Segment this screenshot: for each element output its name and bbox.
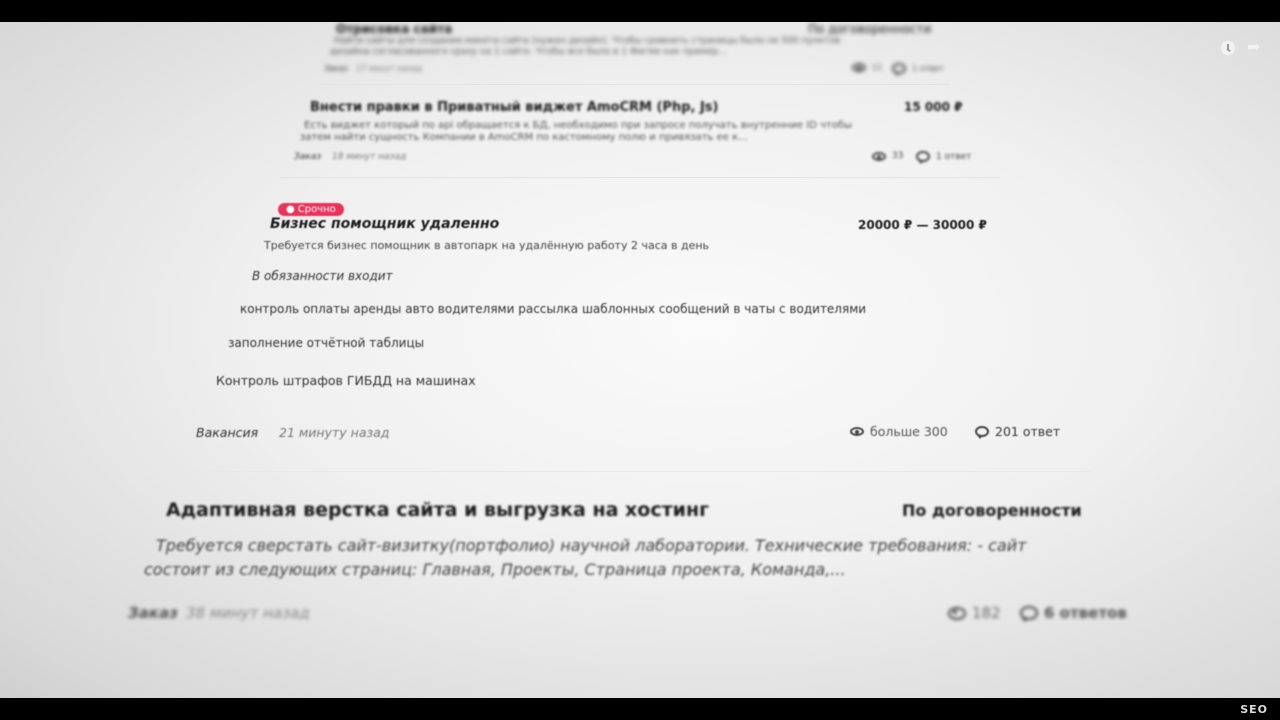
order-views: 11: [852, 63, 882, 72]
order-price: 15 000 ₽: [904, 100, 962, 114]
eye-icon: [850, 427, 864, 436]
divider: [170, 471, 1090, 472]
order-time: 38 минут назад: [186, 604, 310, 622]
divider: [320, 84, 950, 85]
order-views: 33: [872, 151, 903, 161]
fire-icon: ●: [286, 204, 295, 215]
order-price: 20000 ₽ — 30000 ₽: [858, 218, 987, 232]
order-description: состоит из следующих страниц: Главная, П…: [144, 560, 846, 579]
order-time: 18 минут назад: [332, 152, 406, 162]
order-views: 182: [948, 604, 1001, 622]
order-type: Вакансия: [196, 425, 258, 440]
eye-icon: [948, 607, 966, 620]
order-title[interactable]: Адаптивная верстка сайта и выгрузка на х…: [166, 499, 709, 521]
share-button[interactable]: ➦: [1247, 37, 1260, 56]
order-type: Заказ: [294, 152, 321, 162]
comment-icon: [916, 151, 930, 162]
eye-icon: [852, 63, 866, 72]
order-description: затем найти сущность Компании в AmoCRM п…: [300, 132, 748, 143]
order-time: 21 минуту назад: [279, 425, 389, 440]
divider: [280, 177, 1000, 178]
order-description: контроль оплаты аренды авто водителями р…: [240, 302, 866, 316]
order-price: По договоренности: [808, 22, 931, 36]
job-listing-page: Отрисовка сайта По договоренности Найти …: [0, 22, 1280, 698]
order-description: Требуется бизнес помощник в автопарк на …: [264, 239, 709, 252]
watch-later-button[interactable]: [1221, 41, 1235, 55]
order-price: По договоренности: [902, 501, 1082, 520]
order-answers: 1 ответ: [916, 151, 971, 162]
order-title[interactable]: Бизнес помощник удаленно: [270, 216, 499, 232]
order-answers: 1 ответ: [892, 63, 943, 74]
comment-icon: [892, 63, 906, 74]
channel-watermark: SEO: [1240, 703, 1268, 716]
order-description: дизайна согласованного сразу на 1 сайте.…: [330, 47, 727, 57]
order-description: заполнение отчётной таблицы: [228, 336, 424, 350]
comment-icon: [975, 426, 989, 437]
order-type: Заказ: [324, 64, 348, 73]
order-description: В обязанности входит: [252, 269, 393, 283]
order-time: 17 минут назад: [356, 64, 422, 73]
order-title[interactable]: Отрисовка сайта: [336, 22, 452, 36]
order-title[interactable]: Внести правки в Приватный виджет AmoCRM …: [310, 100, 719, 115]
order-description: Контроль штрафов ГИБДД на машинах: [216, 373, 476, 388]
order-description: Требуется сверстать сайт-визитку(портфол…: [156, 536, 1026, 555]
order-answers: 6 ответов: [1020, 604, 1127, 622]
comment-icon: [1020, 606, 1038, 620]
clock-icon: [1221, 41, 1235, 55]
urgent-badge: ●Срочно: [278, 197, 344, 216]
order-views: больше 300: [850, 424, 948, 439]
order-description: Найти сайты для создания макета сайта (н…: [334, 36, 840, 46]
order-description: Есть виджет который по api обращается к …: [304, 120, 852, 131]
order-type: Заказ: [128, 604, 178, 622]
order-answers: 201 ответ: [975, 424, 1060, 439]
share-icon: ➦: [1247, 37, 1260, 56]
eye-icon: [872, 152, 886, 161]
